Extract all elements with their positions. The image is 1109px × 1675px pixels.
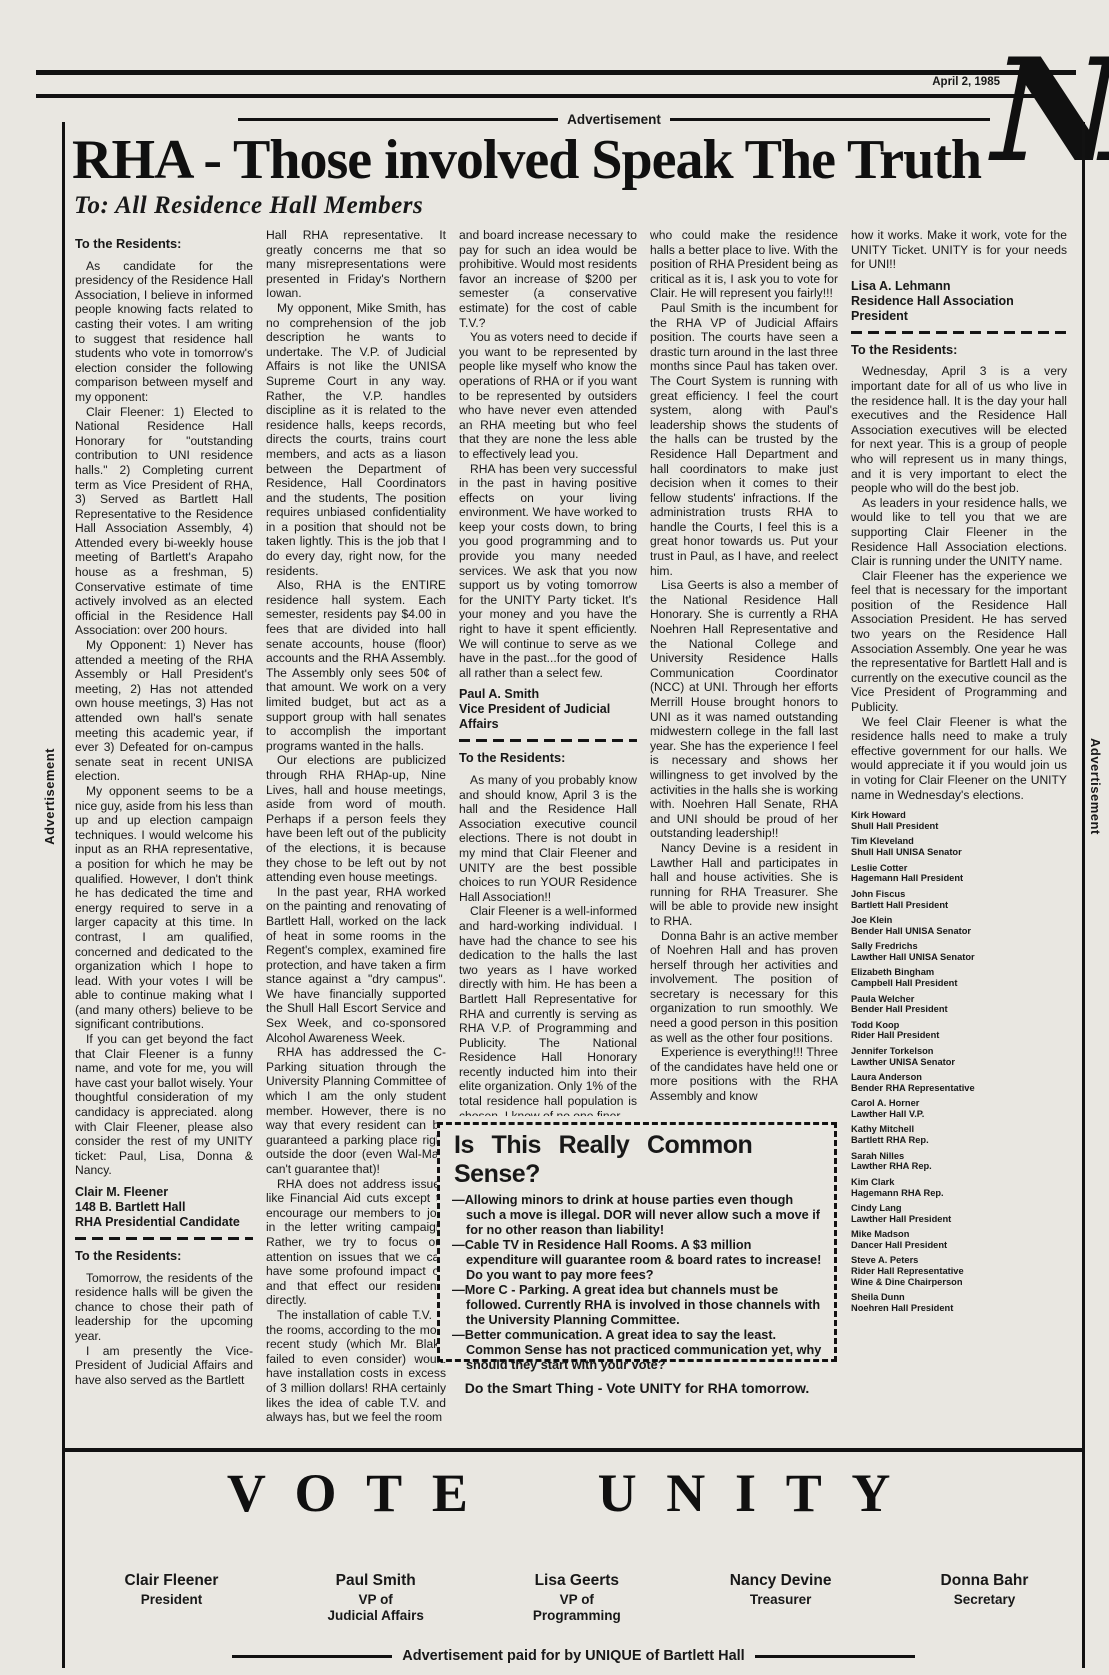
endorser: Sheila Dunn Noehren Hall President <box>851 1292 1009 1314</box>
endorser: Sarah Nilles Lawther RHA Rep. <box>851 1151 1009 1173</box>
endorser-name: Paula Welcher <box>851 994 1009 1005</box>
endorser-title: Bender Hall UNISA Senator <box>851 926 1009 937</box>
text-block: To the Residents: <box>459 751 637 766</box>
common-sense-item: —Allowing minors to drink at house parti… <box>452 1193 822 1238</box>
endorser: Jennifer Torkelson Lawther UNISA Senator <box>851 1046 1009 1068</box>
text-block: My opponent, Mike Smith, has no comprehe… <box>266 301 446 578</box>
endorser-name: Sarah Nilles <box>851 1151 1009 1162</box>
column-5: how it works. Make it work, vote for the… <box>851 228 1067 1448</box>
text-block: As leaders in your residence halls, we w… <box>851 496 1067 569</box>
endorser: Paula Welcher Bender Hall President <box>851 994 1009 1016</box>
ad-footer-row: Advertisement paid for by UNIQUE of Bart… <box>62 1648 1085 1664</box>
advertisement-label: Advertisement <box>567 112 661 127</box>
text-block <box>459 739 637 742</box>
endorser: Kirk Howard Shull Hall President <box>851 810 1009 832</box>
endorser-name: Cindy Lang <box>851 1203 1009 1214</box>
candidate-role: Secretary <box>941 1592 1029 1608</box>
column-5-text: how it works. Make it work, vote for the… <box>851 228 1067 802</box>
candidate: Clair Fleener President <box>125 1572 219 1608</box>
ad-headline: RHA - Those involved Speak The Truth <box>72 128 1080 192</box>
text-block: Our elections are publicized through RHA… <box>266 753 446 884</box>
endorser: Carol A. Horner Lawther Hall V.P. <box>851 1098 1009 1120</box>
candidate-name: Nancy Devine <box>730 1572 832 1590</box>
endorser-name: John Fiscus <box>851 889 1009 900</box>
text-block: who could make the residence halls a bet… <box>650 228 838 301</box>
column-3: and board increase necessary to pay for … <box>459 228 637 1116</box>
endorser-title: Hagemann RHA Rep. <box>851 1188 1009 1199</box>
endorser: Tim Kleveland Shull Hall UNISA Senator <box>851 836 1009 858</box>
column-1: To the Residents:As candidate for the pr… <box>75 228 253 1448</box>
text-block: how it works. Make it work, vote for the… <box>851 228 1067 272</box>
endorser-title: Bartlett Hall President <box>851 900 1009 911</box>
endorser-name: Elizabeth Bingham <box>851 967 1009 978</box>
common-sense-item: —Cable TV in Residence Hall Rooms. A $3 … <box>452 1238 822 1283</box>
endorser-name: Kim Clark <box>851 1177 1009 1188</box>
endorser-name: Todd Koop <box>851 1020 1009 1031</box>
endorser-name: Mike Madson <box>851 1229 1009 1240</box>
candidate-name: Paul Smith <box>328 1572 424 1590</box>
endorser-name: Laura Anderson <box>851 1072 1009 1083</box>
endorser-title: Campbell Hall President <box>851 978 1009 989</box>
candidate-list: Clair Fleener President Paul Smith VP of… <box>70 1572 1083 1624</box>
text-block: Paul A. Smith Vice President of Judicial… <box>459 687 637 732</box>
text-block: My opponent seems to be a nice guy, asid… <box>75 784 253 1032</box>
ad-subheadline: To: All Residence Hall Members <box>74 192 423 220</box>
endorser: Sally Fredrichs Lawther Hall UNISA Senat… <box>851 941 1009 963</box>
endorser-title: Lawther RHA Rep. <box>851 1161 1009 1172</box>
endorser-name: Kathy Mitchell <box>851 1124 1009 1135</box>
candidate: Donna Bahr Secretary <box>941 1572 1029 1608</box>
endorser-name: Tim Kleveland <box>851 836 1009 847</box>
text-block: In the past year, RHA worked on the pain… <box>266 885 446 1046</box>
text-block: Nancy Devine is a resident in Lawther Ha… <box>650 841 838 929</box>
column-4: who could make the residence halls a bet… <box>650 228 838 1116</box>
unity-word: UNITY <box>598 1462 921 1524</box>
endorser: Kim Clark Hagemann RHA Rep. <box>851 1177 1009 1199</box>
candidate-role: VP of Programming <box>533 1592 621 1624</box>
endorser: Laura Anderson Bender RHA Representative <box>851 1072 1009 1094</box>
text-block: To the Residents: <box>851 343 1067 358</box>
header-rule-bottom <box>36 94 1058 98</box>
text-block: We feel Clair Fleener is what the reside… <box>851 715 1067 803</box>
banner-top-rule <box>62 1448 1085 1452</box>
endorser-title: Bender Hall President <box>851 1004 1009 1015</box>
endorser-title: Shull Hall UNISA Senator <box>851 847 1009 858</box>
newspaper-page: April 2, 1985 9 NI Advertisement RHA - T… <box>0 0 1109 1675</box>
text-block: Tomorrow, the residents of the residence… <box>75 1271 253 1344</box>
text-block: Clair Fleener is a well-informed and har… <box>459 904 637 1116</box>
text-block: As candidate for the presidency of the R… <box>75 259 253 405</box>
text-block: You as voters need to decide if you want… <box>459 330 637 461</box>
text-block: Experience is everything!!! Three of the… <box>650 1045 838 1103</box>
text-block <box>75 1237 253 1240</box>
common-sense-item: —Better communication. A great idea to s… <box>452 1328 822 1373</box>
text-block: Wednesday, April 3 is a very important d… <box>851 364 1067 495</box>
text-block: Hall RHA representative. It greatly conc… <box>266 228 446 301</box>
vote-word: VOTE <box>227 1462 498 1524</box>
text-block: RHA has addressed the C-Parking situatio… <box>266 1045 446 1176</box>
ad-paid-for-text: Advertisement paid for by UNIQUE of Bart… <box>402 1648 744 1664</box>
text-block: Clair Fleener has the experience we feel… <box>851 569 1067 715</box>
candidate: Nancy Devine Treasurer <box>730 1572 832 1608</box>
endorser-name: Steve A. Peters <box>851 1255 1009 1266</box>
endorser: Todd Koop Rider Hall President <box>851 1020 1009 1042</box>
common-sense-footer: Do the Smart Thing - Vote UNITY for RHA … <box>452 1380 822 1396</box>
endorser-title: Dancer Hall President <box>851 1240 1009 1251</box>
text-block: Lisa Geerts is also a member of the Nati… <box>650 578 838 841</box>
candidate-role: President <box>125 1592 219 1608</box>
endorser: Joe Klein Bender Hall UNISA Senator <box>851 915 1009 937</box>
endorser: Cindy Lang Lawther Hall President <box>851 1203 1009 1225</box>
advertisement-label-line <box>670 118 990 121</box>
endorser-name: Jennifer Torkelson <box>851 1046 1009 1057</box>
text-block: To the Residents: <box>75 237 253 252</box>
endorser-title: Rider Hall President <box>851 1030 1009 1041</box>
endorser-title: Shull Hall President <box>851 821 1009 832</box>
text-block: and board increase necessary to pay for … <box>459 228 637 330</box>
common-sense-items: —Allowing minors to drink at house parti… <box>452 1193 822 1373</box>
text-block: I am presently the Vice-President of Jud… <box>75 1344 253 1388</box>
candidate-role: VP of Judicial Affairs <box>328 1592 424 1624</box>
advertisement-label-row: Advertisement <box>238 112 990 127</box>
common-sense-item: —More C - Parking. A great idea but chan… <box>452 1283 822 1328</box>
endorser-title: Bartlett RHA Rep. <box>851 1135 1009 1146</box>
endorser: Kathy Mitchell Bartlett RHA Rep. <box>851 1124 1009 1146</box>
candidate-role: Treasurer <box>730 1592 832 1608</box>
vote-unity-banner: VOTE UNITY <box>62 1462 1085 1524</box>
candidate-name: Lisa Geerts <box>533 1572 621 1590</box>
text-block: My Opponent: 1) Never has attended a mee… <box>75 638 253 784</box>
ad-border-left <box>62 122 65 1668</box>
advertisement-label-line <box>238 118 558 121</box>
endorser-name: Kirk Howard <box>851 810 1009 821</box>
endorser-title: Lawther Hall UNISA Senator <box>851 952 1009 963</box>
endorser-name: Joe Klein <box>851 915 1009 926</box>
endorser-title: Lawther UNISA Senator <box>851 1057 1009 1068</box>
endorser: Steve A. Peters Rider Hall Representativ… <box>851 1255 1009 1287</box>
endorser: Mike Madson Dancer Hall President <box>851 1229 1009 1251</box>
endorser-name: Leslie Cotter <box>851 863 1009 874</box>
candidate: Paul Smith VP of Judicial Affairs <box>328 1572 424 1624</box>
text-block: If you can get beyond the fact that Clai… <box>75 1032 253 1178</box>
text-block: Clair M. Fleener 148 B. Bartlett Hall RH… <box>75 1185 253 1230</box>
endorser-name: Carol A. Horner <box>851 1098 1009 1109</box>
endorser-name: Sheila Dunn <box>851 1292 1009 1303</box>
text-block: Paul Smith is the incumbent for the RHA … <box>650 301 838 578</box>
endorser-title: Lawther Hall V.P. <box>851 1109 1009 1120</box>
text-block: Clair Fleener: 1) Elected to National Re… <box>75 405 253 639</box>
endorser-title: Noehren Hall President <box>851 1303 1009 1314</box>
endorser-name: Sally Fredrichs <box>851 941 1009 952</box>
candidate-name: Donna Bahr <box>941 1572 1029 1590</box>
endorser-title: Bender RHA Representative <box>851 1083 1009 1094</box>
common-sense-box: Is This Really Common Sense? —Allowing m… <box>437 1122 837 1362</box>
candidate: Lisa Geerts VP of Programming <box>533 1572 621 1624</box>
text-block: RHA does not address issues like Financi… <box>266 1177 446 1308</box>
endorser: Elizabeth Bingham Campbell Hall Presiden… <box>851 967 1009 989</box>
text-block: Also, RHA is the ENTIRE residence hall s… <box>266 578 446 753</box>
text-block: As many of you probably know and should … <box>459 773 637 904</box>
side-advertisement-label-left: Advertisement <box>42 748 57 845</box>
endorser-title: Lawther Hall President <box>851 1214 1009 1225</box>
column-2: Hall RHA representative. It greatly conc… <box>266 228 446 1448</box>
ad-border-right <box>1082 122 1085 1668</box>
header-date: April 2, 1985 <box>810 76 1000 88</box>
endorser-list: Kirk Howard Shull Hall President Tim Kle… <box>851 810 1009 1314</box>
text-block: RHA has been very successful in the past… <box>459 462 637 681</box>
side-advertisement-label-right: Advertisement <box>1088 738 1103 835</box>
candidate-name: Clair Fleener <box>125 1572 219 1590</box>
endorser-title: Hagemann Hall President <box>851 873 1009 884</box>
text-block: To the Residents: <box>75 1249 253 1264</box>
endorser: John Fiscus Bartlett Hall President <box>851 889 1009 911</box>
common-sense-title: Is This Really Common Sense? <box>454 1131 822 1189</box>
footer-line <box>755 1655 915 1658</box>
footer-line <box>232 1655 392 1658</box>
header-rule-top <box>36 70 1076 75</box>
text-block: The installation of cable T.V. in the ro… <box>266 1308 446 1425</box>
endorser: Leslie Cotter Hagemann Hall President <box>851 863 1009 885</box>
text-block: Lisa A. Lehmann Residence Hall Associati… <box>851 279 1067 324</box>
text-block <box>851 331 1067 334</box>
text-block: Donna Bahr is an active member of Noehre… <box>650 929 838 1046</box>
endorser-title: Rider Hall Representative Wine & Dine Ch… <box>851 1266 1009 1288</box>
